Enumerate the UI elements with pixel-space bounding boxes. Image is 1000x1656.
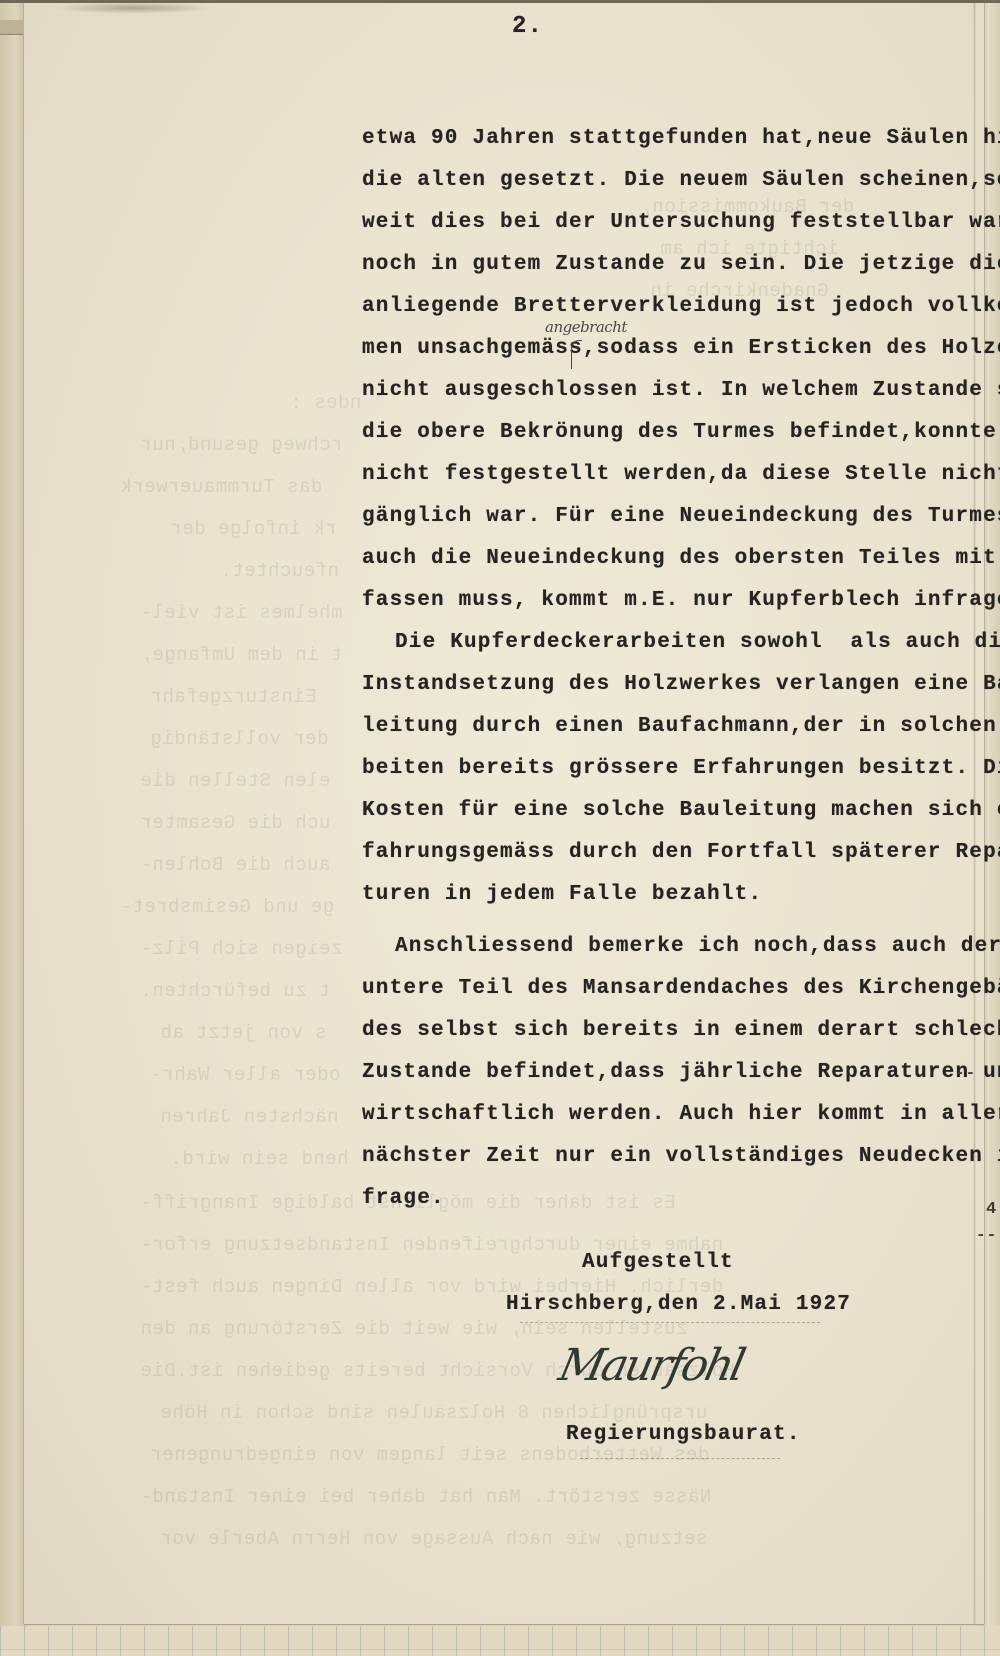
graph-paper-strip xyxy=(0,1626,1000,1656)
bleed-line: nächsten Jahren xyxy=(160,1106,339,1128)
handwritten-insertion: angebracht xyxy=(545,318,627,336)
text-line: gänglich war. Für eine Neueindeckung des… xyxy=(362,506,1000,527)
bleed-line: der vollständig xyxy=(150,728,329,750)
paper-stain xyxy=(54,2,214,14)
bleed-line: zeigen sich Pilz- xyxy=(140,938,342,960)
bleed-line: oder aller Wahr- xyxy=(150,1064,340,1086)
signature: Maurfohl xyxy=(555,1340,748,1391)
text-line: nicht festgestellt werden,da diese Stell… xyxy=(362,464,1000,485)
text-line: Die Kupferdeckerarbeiten sowohl als auch… xyxy=(395,632,1000,653)
text-line: men unsachgemäss,sodass ein Ersticken de… xyxy=(362,338,1000,359)
text-line: turen in jedem Falle bezahlt. xyxy=(362,884,762,905)
text-line: fahrungsgemäss durch den Fortfall später… xyxy=(362,842,1000,863)
text-line: auch die Neueindeckung des obersten Teil… xyxy=(362,548,1000,569)
bleed-line: rchweg gesund,nur xyxy=(140,434,342,456)
text-line: Instandsetzung des Holzwerkes verlangen … xyxy=(362,674,1000,695)
text-line: beiten bereits grössere Erfahrungen besi… xyxy=(362,758,1000,779)
margin-dash: -- xyxy=(976,1226,997,1244)
underlying-page-left-edge xyxy=(0,0,26,1656)
bleed-line: elen Stellen die xyxy=(140,770,330,792)
text-line: etwa 90 Jahren stattgefunden hat,neue Sä… xyxy=(362,128,1000,149)
bleed-line: setzung, wie nach Aussage von Herrn Aber… xyxy=(160,1528,708,1550)
text-line: leitung durch einen Baufachmann,der in s… xyxy=(362,716,1000,737)
bleed-line: des Wetterbodens seit langem von eingedr… xyxy=(150,1444,709,1466)
text-line: Zustande befindet,dass jährliche Reparat… xyxy=(362,1062,1000,1083)
bleed-line: Nässe zerstört. Man hat daher bei einer … xyxy=(140,1486,711,1508)
insertion-caret xyxy=(571,340,582,369)
text-line: noch in gutem Zustande zu sein. Die jetz… xyxy=(362,254,1000,275)
bleed-line: rk infolge der xyxy=(170,518,337,540)
bleed-line: Einsturzgefahr xyxy=(150,686,317,708)
text-line: des selbst sich bereits in einem derart … xyxy=(362,1020,1000,1041)
text-line: die obere Bekrönung des Turmes befindet,… xyxy=(362,422,997,443)
bleed-line: nfeuchtet. xyxy=(220,560,339,582)
bleed-line: t in dem Umfange, xyxy=(140,644,342,666)
text-line: nächster Zeit nur ein vollständiges Neud… xyxy=(362,1146,1000,1167)
bleed-line: hend sein wird. xyxy=(170,1148,349,1170)
bleed-line: auch die Bohlen- xyxy=(140,854,330,876)
text-line: Kosten für eine solche Bauleitung machen… xyxy=(362,800,1000,821)
bleed-line: ursprünglichen 8 Holzsäulen sind schon i… xyxy=(160,1402,708,1424)
bleed-line: uch die Gesamter xyxy=(140,812,330,834)
page-number: 2. xyxy=(512,15,543,39)
closing-label: Aufgestellt xyxy=(582,1252,734,1273)
text-line: untere Teil des Mansardendaches des Kirc… xyxy=(362,978,1000,999)
dotted-rule xyxy=(580,1458,780,1459)
binder-tab xyxy=(0,20,26,35)
text-line: nicht ausgeschlossen ist. In welchem Zus… xyxy=(362,380,1000,401)
text-line: anliegende Bretterverkleidung ist jedoch… xyxy=(362,296,1000,317)
bleed-line: ge und Gesimsbret- xyxy=(120,896,334,918)
text-line: fassen muss, kommt m.E. nur Kupferblech … xyxy=(362,590,1000,611)
signatory-title: Regierungsbaurat. xyxy=(566,1424,801,1445)
bleed-line: ndes : xyxy=(290,392,361,414)
text-line: frage. xyxy=(362,1188,445,1209)
bleed-line: mhelmes ist viel- xyxy=(140,602,342,624)
bleed-line: das Turmmauerwerk xyxy=(120,476,322,498)
text-line: wirtschaftlich werden. Auch hier kommt i… xyxy=(362,1104,1000,1125)
place-date: Hirschberg,den 2.Mai 1927 xyxy=(506,1294,851,1315)
text-line: weit dies bei der Untersuchung feststell… xyxy=(362,212,1000,233)
hyphen-mark: -- xyxy=(955,1064,976,1082)
top-edge xyxy=(0,0,1000,3)
text-line: die alten gesetzt. Die neuem Säulen sche… xyxy=(362,170,1000,191)
bleed-line: s von jetzt ab xyxy=(160,1022,327,1044)
margin-number: 4 xyxy=(986,1200,996,1219)
bleed-line: t zu befürchten. xyxy=(140,980,330,1002)
text-line: Anschliessend bemerke ich noch,dass auch… xyxy=(395,936,1000,957)
dotted-rule xyxy=(520,1322,820,1323)
